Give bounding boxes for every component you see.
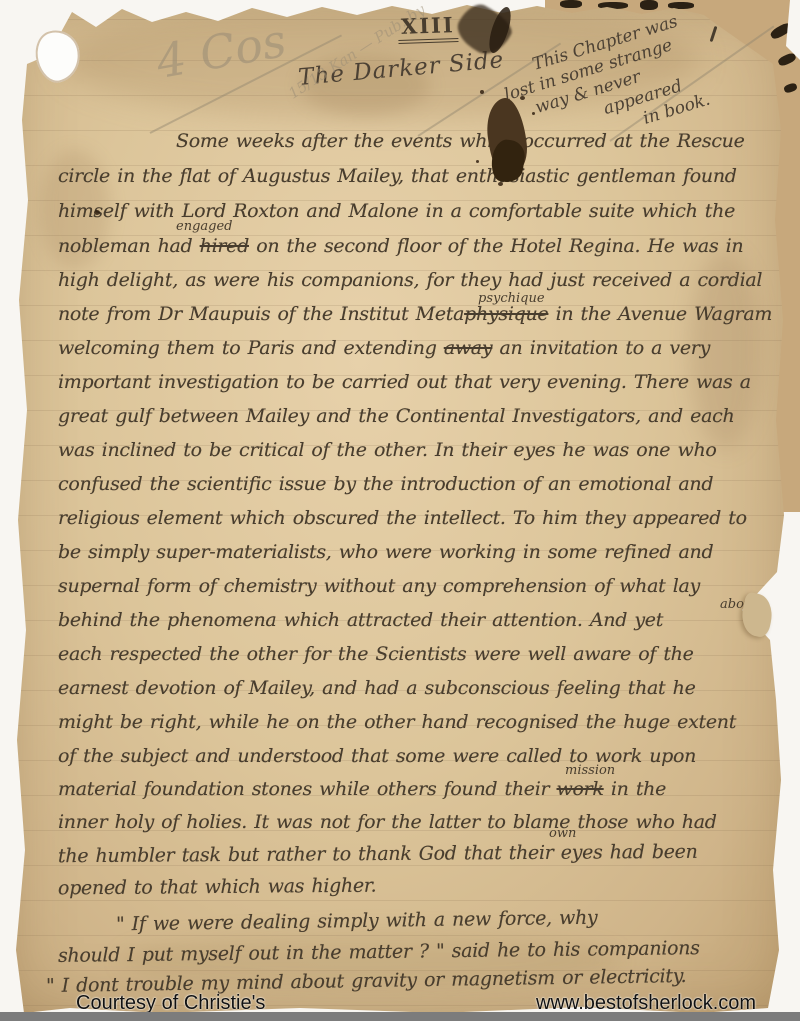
interlinear-insertion: engaged (176, 219, 232, 234)
interlinear-insertion: own (549, 826, 576, 841)
scan-edge-strip (0, 1012, 800, 1021)
interlinear-insertion: mission (565, 763, 615, 778)
interlinear-insertions: engagedpsychiquemissionownabove (0, 0, 800, 1021)
scanned-manuscript-page: XIII 4 Cos The Darker Side 15/13 Kan — P… (0, 0, 800, 1021)
interlinear-insertion: psychique (478, 291, 545, 306)
